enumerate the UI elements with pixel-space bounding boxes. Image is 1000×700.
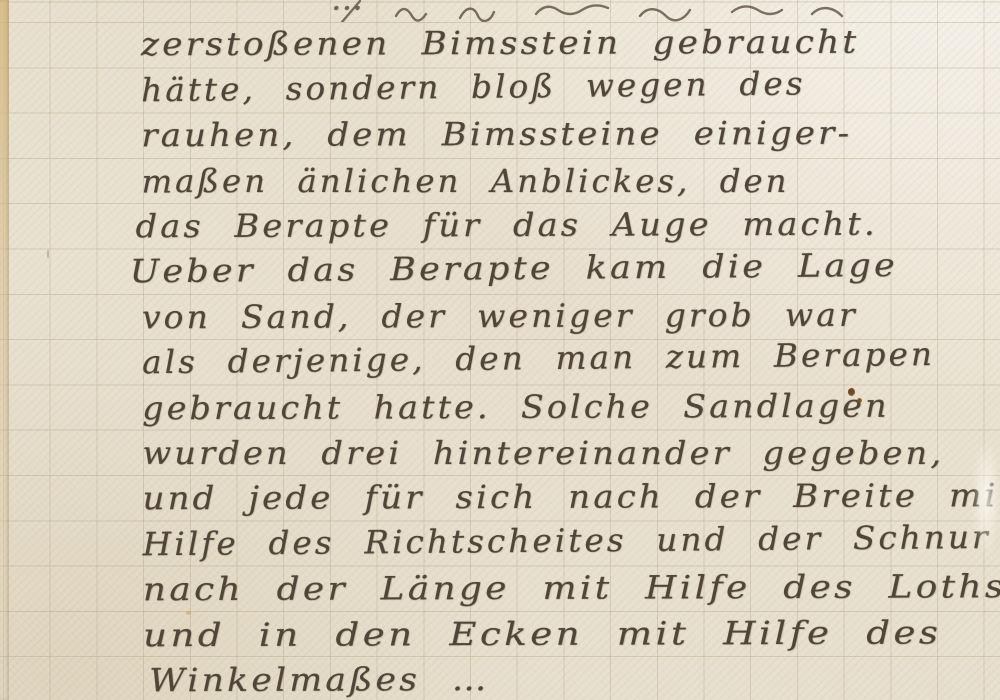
manuscript-line: rauhen, dem Bimssteine einiger-: [141, 110, 1000, 158]
manuscript-line: als derjenige, den man zum Berapen: [142, 332, 987, 386]
manuscript-line: Ueber das Berapte kam die Lage: [130, 242, 1000, 295]
manuscript-line: …: [331, 0, 969, 22]
manuscript-line: gebraucht hatte. Solche Sandlagen: [142, 383, 1000, 431]
manuscript-line: Hilfe des Richtscheites und der Schnur: [143, 515, 988, 568]
handwritten-text-block: … zerstoßenen Bimsstein gebraucht hätte,…: [0, 0, 1000, 700]
manuscript-line: wurden drei hintereinander gegeben,: [142, 431, 1000, 477]
manuscript-line: und in den Ecken mit Hilfe des: [143, 610, 1000, 659]
manuscript-page: … zerstoßenen Bimsstein gebraucht hätte,…: [0, 0, 1000, 700]
manuscript-line: Winkelmaßes …: [149, 655, 1000, 700]
manuscript-line: hätte, sondern bloß wegen des: [141, 59, 986, 113]
manuscript-line: maßen änlichen Anblickes, den: [141, 159, 977, 204]
manuscript-line: nach der Länge mit Hilfe des Loths: [143, 564, 1000, 613]
manuscript-line: und jede für sich nach der Breite mit: [142, 474, 1000, 522]
